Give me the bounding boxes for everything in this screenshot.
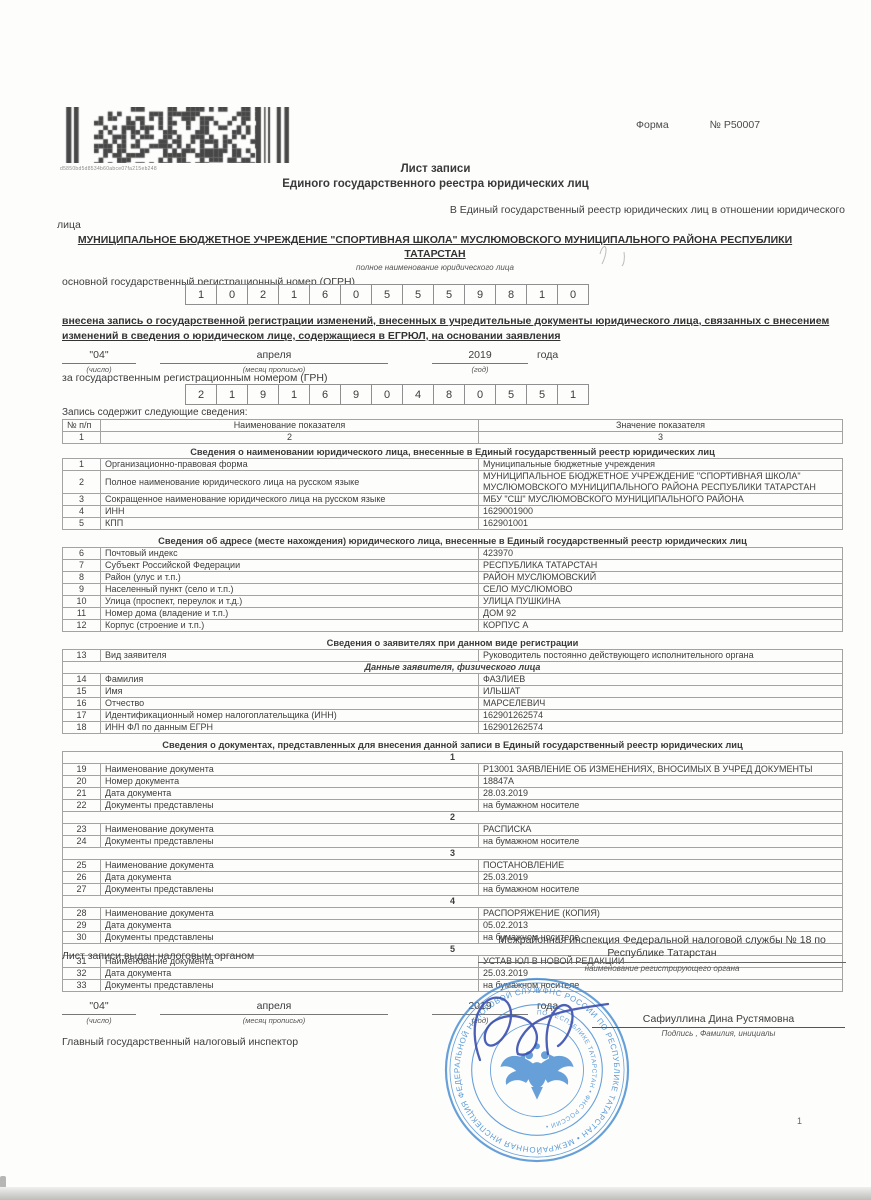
row-label: Документы представлены	[101, 932, 479, 944]
ogrn-digit-cell: 6	[309, 284, 341, 305]
row-number: 17	[63, 710, 101, 722]
table-row: 28Наименование документаРАСПОРЯЖЕНИЕ (КО…	[63, 908, 843, 920]
inspector-position: Главный государственный налоговый инспек…	[62, 1036, 298, 1048]
ogrn-digit-cell: 5	[371, 284, 403, 305]
group-header: Данные заявителя, физического лица	[63, 662, 843, 674]
row-label: Документы представлены	[101, 884, 479, 896]
ogrn-digit-cell: 9	[464, 284, 496, 305]
table-row: 25Наименование документаПОСТАНОВЛЕНИЕ	[63, 860, 843, 872]
row-number: 27	[63, 884, 101, 896]
grn-label: за государственным регистрационным номер…	[62, 372, 328, 384]
row-label: Дата документа	[101, 968, 479, 980]
row-value: МУНИЦИПАЛЬНОЕ БЮДЖЕТНОЕ УЧРЕЖДЕНИЕ "СПОР…	[479, 471, 843, 494]
document-title-line1: Лист записи	[0, 162, 871, 177]
row-label: Корпус (строение и т.п.)	[101, 620, 479, 632]
grn-digit-cell: 8	[433, 384, 465, 405]
row-value: 162901262574	[479, 710, 843, 722]
grn-digit-cell: 4	[402, 384, 434, 405]
grn-digit-cell: 0	[371, 384, 403, 405]
table-row: 6Почтовый индекс423970	[63, 548, 843, 560]
row-label: ИНН	[101, 506, 479, 518]
table-row: 13Вид заявителяРуководитель постоянно де…	[63, 650, 843, 662]
row-number: 22	[63, 800, 101, 812]
row-label: Район (улус и т.п.)	[101, 572, 479, 584]
table-row: 4	[63, 896, 843, 908]
row-label: Полное наименование юридического лица на…	[101, 471, 479, 494]
table-row: 1Организационно-правовая формаМуниципаль…	[63, 459, 843, 471]
row-number: 6	[63, 548, 101, 560]
ogrn-digit-cell: 2	[247, 284, 279, 305]
grn-digit-cell: 1	[216, 384, 248, 405]
authority-name: Межрайонная инспекция Федеральной налого…	[478, 934, 846, 963]
row-number: 14	[63, 674, 101, 686]
group-header: 4	[63, 896, 843, 908]
row-label: Документы представлены	[101, 800, 479, 812]
row-value: МАРСЕЛЕВИЧ	[479, 698, 843, 710]
reg-date-year-caption: (год)	[432, 365, 528, 374]
document-title-line2: Единого государственного реестра юридиче…	[0, 177, 871, 192]
table-row: 23Наименование документаРАСПИСКА	[63, 824, 843, 836]
row-label: Организационно-правовая форма	[101, 459, 479, 471]
col-num-1: 1	[63, 432, 101, 444]
table-row: 11Номер дома (владение и т.п.)ДОМ 92	[63, 608, 843, 620]
row-number: 4	[63, 506, 101, 518]
row-number: 7	[63, 560, 101, 572]
reg-date-year: 2019	[432, 349, 528, 364]
table-row: 15ИмяИЛЬШАТ	[63, 686, 843, 698]
row-label: Документы представлены	[101, 836, 479, 848]
table-row: 1	[63, 752, 843, 764]
row-label: Сокращенное наименование юридического ли…	[101, 494, 479, 506]
table-row: 26Дата документа25.03.2019	[63, 872, 843, 884]
barcode-image	[60, 107, 290, 163]
row-value: на бумажном носителе	[479, 884, 843, 896]
row-number: 8	[63, 572, 101, 584]
col-header-value: Значение показателя	[479, 420, 843, 432]
row-number: 28	[63, 908, 101, 920]
table-row: 8Район (улус и т.п.)РАЙОН МУСЛЮМОВСКИЙ	[63, 572, 843, 584]
row-number: 29	[63, 920, 101, 932]
table-row: 19Наименование документаР13001 ЗАЯВЛЕНИЕ…	[63, 764, 843, 776]
row-value: Р13001 ЗАЯВЛЕНИЕ ОБ ИЗМЕНЕНИЯХ, ВНОСИМЫХ…	[479, 764, 843, 776]
ogrn-digit-cell: 0	[216, 284, 248, 305]
issue-date-month-caption: (месяц прописью)	[160, 1016, 388, 1025]
row-value: РАСПИСКА	[479, 824, 843, 836]
row-value: на бумажном носителе	[479, 836, 843, 848]
grn-digit-cell: 9	[340, 384, 372, 405]
row-number: 21	[63, 788, 101, 800]
row-value: Руководитель постоянно действующего испо…	[479, 650, 843, 662]
section-title: Сведения о наименовании юридического лиц…	[62, 447, 843, 457]
row-number: 1	[63, 459, 101, 471]
issue-date-day-caption: (число)	[62, 1016, 136, 1025]
row-value: 162901262574	[479, 722, 843, 734]
table-row: 16ОтчествоМАРСЕЛЕВИЧ	[63, 698, 843, 710]
ogrn-digit-boxes: 1021605559810	[186, 284, 589, 305]
record-intro: Запись содержит следующие сведения:	[62, 407, 248, 418]
row-number: 16	[63, 698, 101, 710]
row-label: Имя	[101, 686, 479, 698]
signature-block: Сафиуллина Дина Рустямовна Подпись , Фам…	[592, 1013, 845, 1038]
ogrn-digit-cell: 8	[495, 284, 527, 305]
table-row: 5КПП162901001	[63, 518, 843, 530]
row-number: 26	[63, 872, 101, 884]
entity-name: МУНИЦИПАЛЬНОЕ БЮДЖЕТНОЕ УЧРЕЖДЕНИЕ "СПОР…	[65, 233, 805, 261]
row-label: Наименование документа	[101, 908, 479, 920]
table-row: 22Документы представленына бумажном носи…	[63, 800, 843, 812]
row-value: 162901001	[479, 518, 843, 530]
record-header-table: № п/п Наименование показателя Значение п…	[62, 419, 843, 444]
row-number: 9	[63, 584, 101, 596]
scan-edge	[0, 1187, 871, 1200]
row-number: 5	[63, 518, 101, 530]
group-header: 2	[63, 812, 843, 824]
table-row: 24Документы представленына бумажном носи…	[63, 836, 843, 848]
row-number: 12	[63, 620, 101, 632]
ogrn-digit-cell: 1	[185, 284, 217, 305]
col-num-3: 3	[479, 432, 843, 444]
table-row: 20Номер документа18847А	[63, 776, 843, 788]
entity-block: МУНИЦИПАЛЬНОЕ БЮДЖЕТНОЕ УЧРЕЖДЕНИЕ "СПОР…	[65, 233, 805, 272]
entity-name-caption: полное наименование юридического лица	[65, 263, 805, 272]
issue-date-month: апреля	[160, 1000, 388, 1015]
row-label: Номер дома (владение и т.п.)	[101, 608, 479, 620]
row-number: 20	[63, 776, 101, 788]
signature-caption: Подпись , Фамилия, инициалы	[592, 1029, 845, 1038]
row-number: 33	[63, 980, 101, 992]
group-header: 1	[63, 752, 843, 764]
grn-digit-cell: 1	[557, 384, 589, 405]
row-number: 23	[63, 824, 101, 836]
record-section: Сведения о наименовании юридического лиц…	[62, 447, 843, 530]
document-page: d5850bd5d8534b60abce07fa215eb248 Форма №…	[0, 0, 871, 1200]
reg-date-month: апреля	[160, 349, 388, 364]
grn-digit-boxes: 2191690480551	[186, 384, 589, 405]
row-value: РЕСПУБЛИКА ТАТАРСТАН	[479, 560, 843, 572]
row-label: Почтовый индекс	[101, 548, 479, 560]
table-row: 27Документы представленына бумажном носи…	[63, 884, 843, 896]
grn-digit-cell: 5	[495, 384, 527, 405]
row-label: Улица (проспект, переулок и т.д.)	[101, 596, 479, 608]
row-number: 32	[63, 968, 101, 980]
ogrn-digit-cell: 1	[278, 284, 310, 305]
table-row: 17Идентификационный номер налогоплательщ…	[63, 710, 843, 722]
record-section: Сведения о заявителях при данном виде ре…	[62, 638, 843, 734]
section-title: Сведения об адресе (месте нахождения) юр…	[62, 536, 843, 546]
authority-caption: наименование регистрирующего органа	[478, 964, 846, 973]
form-header: Форма № Р50007	[636, 119, 760, 131]
row-label: Дата документа	[101, 788, 479, 800]
row-value: 05.02.2013	[479, 920, 843, 932]
section-title: Сведения о документах, представленных дл…	[62, 740, 843, 750]
row-value: СЕЛО МУСЛЮМОВО	[479, 584, 843, 596]
form-label: Форма	[636, 119, 669, 131]
row-label: Наименование документа	[101, 824, 479, 836]
table-row: 2Полное наименование юридического лица н…	[63, 471, 843, 494]
table-row: 10Улица (проспект, переулок и т.д.)УЛИЦА…	[63, 596, 843, 608]
ogrn-digit-cell: 0	[557, 284, 589, 305]
record-table: 1Организационно-правовая формаМуниципаль…	[62, 458, 843, 530]
row-label: Вид заявителя	[101, 650, 479, 662]
row-value: ФАЗЛИЕВ	[479, 674, 843, 686]
row-label: Дата документа	[101, 920, 479, 932]
intro-paragraph: В Единый государственный реестр юридичес…	[57, 203, 845, 233]
row-number: 3	[63, 494, 101, 506]
row-label: ИНН ФЛ по данным ЕГРН	[101, 722, 479, 734]
col-header-npp: № п/п	[63, 420, 101, 432]
row-label: Номер документа	[101, 776, 479, 788]
row-label: Идентификационный номер налогоплательщик…	[101, 710, 479, 722]
issued-by-label: Лист записи выдан налоговым органом	[62, 950, 254, 962]
row-value: РАСПОРЯЖЕНИЕ (КОПИЯ)	[479, 908, 843, 920]
ogrn-digit-cell: 0	[340, 284, 372, 305]
col-num-2: 2	[101, 432, 479, 444]
registration-statement: внесена запись о государственной регистр…	[62, 314, 840, 344]
record-sections: Сведения о наименовании юридического лиц…	[62, 443, 843, 998]
grn-digit-cell: 2	[185, 384, 217, 405]
row-value: КОРПУС А	[479, 620, 843, 632]
intro-line2: лица	[57, 218, 845, 233]
table-row: 9Населенный пункт (село и т.п.)СЕЛО МУСЛ…	[63, 584, 843, 596]
grn-digit-cell: 0	[464, 384, 496, 405]
row-label: Наименование документа	[101, 860, 479, 872]
row-value: 28.03.2019	[479, 788, 843, 800]
official-name: Сафиуллина Дина Рустямовна	[592, 1013, 845, 1028]
row-number: 25	[63, 860, 101, 872]
grn-digit-cell: 5	[526, 384, 558, 405]
group-header: 3	[63, 848, 843, 860]
grn-digit-cell: 6	[309, 384, 341, 405]
col-header-name: Наименование показателя	[101, 420, 479, 432]
ogrn-digit-cell: 5	[433, 284, 465, 305]
record-table: 6Почтовый индекс4239707Субъект Российско…	[62, 547, 843, 632]
row-number: 2	[63, 471, 101, 494]
pencil-marks	[592, 240, 642, 270]
issue-date-day: "04"	[62, 1000, 136, 1015]
row-label: Населенный пункт (село и т.п.)	[101, 584, 479, 596]
reg-date-day: "04"	[62, 349, 136, 364]
row-number: 18	[63, 722, 101, 734]
row-value: Муниципальные бюджетные учреждения	[479, 459, 843, 471]
row-value: 25.03.2019	[479, 872, 843, 884]
reg-date-suffix: года	[537, 349, 558, 362]
row-value: ИЛЬШАТ	[479, 686, 843, 698]
row-value: ДОМ 92	[479, 608, 843, 620]
row-value: на бумажном носителе	[479, 800, 843, 812]
row-number: 10	[63, 596, 101, 608]
grn-digit-cell: 1	[278, 384, 310, 405]
grn-digit-cell: 9	[247, 384, 279, 405]
row-value: 1629001900	[479, 506, 843, 518]
row-value: РАЙОН МУСЛЮМОВСКИЙ	[479, 572, 843, 584]
row-label: Фамилия	[101, 674, 479, 686]
row-number: 19	[63, 764, 101, 776]
table-row: 12Корпус (строение и т.п.)КОРПУС А	[63, 620, 843, 632]
row-label: Отчество	[101, 698, 479, 710]
intro-line1: В Единый государственный реестр юридичес…	[57, 203, 845, 218]
table-row: 2	[63, 812, 843, 824]
table-row: 18ИНН ФЛ по данным ЕГРН162901262574	[63, 722, 843, 734]
row-label: Документы представлены	[101, 980, 479, 992]
row-number: 13	[63, 650, 101, 662]
table-row: 21Дата документа28.03.2019	[63, 788, 843, 800]
table-row: 3	[63, 848, 843, 860]
record-section: Сведения об адресе (месте нахождения) юр…	[62, 536, 843, 632]
row-label: Наименование документа	[101, 764, 479, 776]
ogrn-digit-cell: 1	[526, 284, 558, 305]
authority-block: Межрайонная инспекция Федеральной налого…	[478, 934, 846, 973]
row-value: 423970	[479, 548, 843, 560]
table-row: 4ИНН1629001900	[63, 506, 843, 518]
row-value: 18847А	[479, 776, 843, 788]
row-value: ПОСТАНОВЛЕНИЕ	[479, 860, 843, 872]
row-label: Дата документа	[101, 872, 479, 884]
row-value: УЛИЦА ПУШКИНА	[479, 596, 843, 608]
row-value: МБУ "СШ" МУСЛЮМОВСКОГО МУНИЦИПАЛЬНОГО РА…	[479, 494, 843, 506]
row-number: 15	[63, 686, 101, 698]
row-number: 30	[63, 932, 101, 944]
registration-date: "04" (число) апреля (месяц прописью) 201…	[62, 349, 558, 374]
section-title: Сведения о заявителях при данном виде ре…	[62, 638, 843, 648]
table-row: 7Субъект Российской ФедерацииРЕСПУБЛИКА …	[63, 560, 843, 572]
row-number: 11	[63, 608, 101, 620]
ogrn-digit-cell: 5	[402, 284, 434, 305]
table-row: 14ФамилияФАЗЛИЕВ	[63, 674, 843, 686]
row-number: 24	[63, 836, 101, 848]
table-row: 3Сокращенное наименование юридического л…	[63, 494, 843, 506]
record-table: 13Вид заявителяРуководитель постоянно де…	[62, 649, 843, 734]
table-row: Данные заявителя, физического лица	[63, 662, 843, 674]
row-label: Субъект Российской Федерации	[101, 560, 479, 572]
table-row: 29Дата документа05.02.2013	[63, 920, 843, 932]
row-label: КПП	[101, 518, 479, 530]
form-number: № Р50007	[710, 119, 760, 131]
page-number: 1	[797, 1116, 802, 1126]
document-title: Лист записи Единого государственного рее…	[0, 162, 871, 192]
